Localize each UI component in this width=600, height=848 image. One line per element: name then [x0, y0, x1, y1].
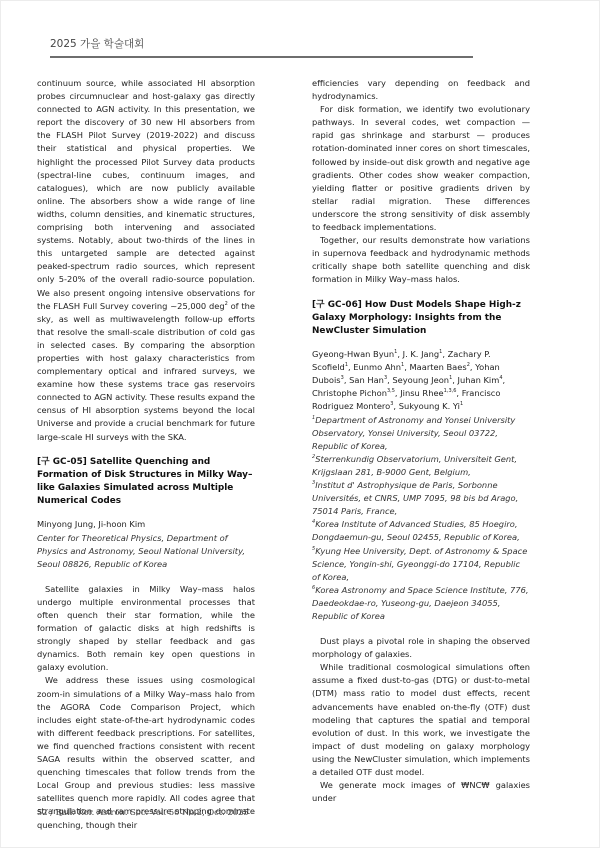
abstract-paragraph: efficiencies vary depending on feedback … [312, 77, 530, 103]
author-affiliation-mark: 3 [341, 376, 344, 382]
author-affiliation-mark: 4 [499, 376, 502, 382]
page-footer: 52 / Bull. Kor. Astron. Soc. Vol. 50 No.… [37, 807, 249, 817]
author-name: J. K. Jang [403, 349, 440, 359]
author-name: Christophe Pichon [312, 388, 387, 398]
abstract-title-gc06: [구 GC-06] How Dust Models Shape High-z G… [312, 299, 530, 339]
abstract-paragraph: Satellite galaxies in Milky Way–mass hal… [37, 583, 255, 675]
author-affiliation-mark: 1 [401, 362, 404, 368]
affiliation-item: 3Institut d' Astrophysique de Paris, Sor… [312, 479, 530, 518]
abstract-paragraph: While traditional cosmological simulatio… [312, 661, 530, 779]
affiliation-item: 4Korea Institute of Advanced Studies, 85… [312, 518, 530, 544]
author-name: Seyoung Jeon [392, 375, 449, 385]
author-name: Sukyoung K. Yi [399, 401, 460, 411]
author-name: San Han [349, 375, 384, 385]
affiliation-item: 2Sterrenkundig Observatorium, Universite… [312, 453, 530, 479]
author-affiliation-mark: 1 [460, 402, 463, 408]
abstract-paragraph: Dust plays a pivotal role in shaping the… [312, 635, 530, 661]
abstract-title-gc05: [구 GC-05] Satellite Quenching and Format… [37, 456, 255, 509]
author-affiliation-mark: 2 [467, 362, 470, 368]
header-rule [50, 56, 473, 58]
author-affiliation-mark: 1 [394, 349, 397, 355]
affiliations-gc06: 1Department of Astronomy and Yonsei Univ… [312, 414, 530, 624]
authors-gc05: Minyong Jung, Ji-hoon Kim [37, 518, 255, 531]
author-affiliation-mark: 1 [345, 362, 348, 368]
left-column: continuum source, while associated HI ab… [37, 77, 255, 832]
abstract-paragraph: For disk formation, we identify two evol… [312, 103, 530, 234]
author-name: Jinsu Rhee [400, 388, 443, 398]
author-name: Juhan Kim [458, 375, 500, 385]
author-name: Maarten Baes [410, 362, 467, 372]
abstract-paragraph: We generate mock images of ₩NC₩ galaxies… [312, 779, 530, 805]
authors-gc06: Gyeong-Hwan Byun1, J. K. Jang1, Zachary … [312, 348, 530, 413]
author-affiliation-mark: 3 [384, 376, 387, 382]
author-affiliation-mark: 1 [449, 376, 452, 382]
affiliation-item: 6Korea Astronomy and Space Science Insti… [312, 584, 530, 623]
author-affiliation-mark: 3,5 [387, 389, 395, 395]
author-name: Gyeong-Hwan Byun [312, 349, 394, 359]
running-header: 2025 가을 학술대회 [50, 36, 473, 51]
author-name: Eunmo Ahn [353, 362, 401, 372]
affiliation-gc05: Center for Theoretical Physics, Departme… [37, 532, 255, 571]
continued-paragraph: continuum source, while associated HI ab… [37, 77, 255, 444]
author-affiliation-mark: 1 [439, 349, 442, 355]
author-affiliation-mark: 3 [390, 402, 393, 408]
abstract-paragraph: Together, our results demonstrate how va… [312, 234, 530, 286]
affiliation-item: 1Department of Astronomy and Yonsei Univ… [312, 414, 530, 453]
author-affiliation-mark: 1,3,6 [444, 389, 457, 395]
right-column: efficiencies vary depending on feedback … [312, 77, 530, 805]
affiliation-item: 5Kyung Hee University, Dept. of Astronom… [312, 545, 530, 584]
